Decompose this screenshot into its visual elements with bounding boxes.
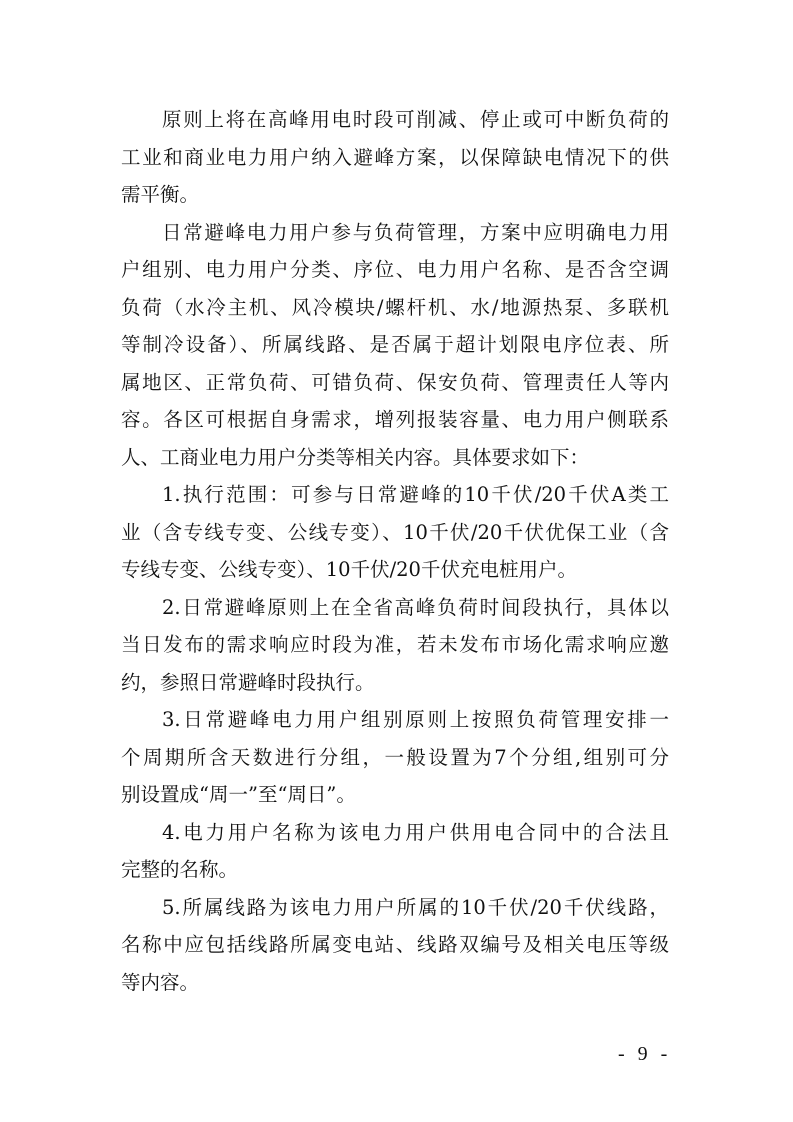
text-line: 个周期所含天数进行分组，一般设置为7个分组,组别可分 (121, 739, 669, 777)
text-line: 属地区、正常负荷、可错负荷、保安负荷、管理责任人等内 (121, 364, 669, 402)
text-line: 等内容。 (121, 964, 669, 1002)
text-line: 负荷（水冷主机、风冷模块/螺杆机、水/地源热泵、多联机 (121, 289, 669, 327)
text-line: 需平衡。 (121, 176, 669, 214)
text-line: 日常避峰电力用户参与负荷管理，方案中应明确电力用 (121, 214, 669, 252)
text-line: 户组别、电力用户分类、序位、电力用户名称、是否含空调 (121, 251, 669, 289)
list-item-1-scope: 1.执行范围：可参与日常避峰的10千伏/20千伏A类工 业（含专线专变、公线专变… (121, 476, 669, 589)
text-line: 名称中应包括线路所属变电站、线路双编号及相关电压等级 (121, 926, 669, 964)
text-line: 4.电力用户名称为该电力用户供用电合同中的合法且 (121, 814, 669, 852)
text-line: 完整的名称。 (121, 851, 669, 889)
text-line: 原则上将在高峰用电时段可削减、停止或可中断负荷的 (121, 101, 669, 139)
text-line: 业（含专线专变、公线专变）、10千伏/20千伏优保工业（含 (121, 514, 669, 552)
paragraph-requirements: 日常避峰电力用户参与负荷管理，方案中应明确电力用 户组别、电力用户分类、序位、电… (121, 214, 669, 477)
list-item-4-user-name: 4.电力用户名称为该电力用户供用电合同中的合法且 完整的名称。 (121, 814, 669, 889)
list-item-5-line: 5.所属线路为该电力用户所属的10千伏/20千伏线路， 名称中应包括线路所属变电… (121, 889, 669, 1002)
text-line: 人、工商业电力用户分类等相关内容。具体要求如下： (121, 439, 669, 477)
text-line: 容。各区可根据自身需求，增列报装容量、电力用户侧联系 (121, 401, 669, 439)
text-line: 别设置成“周一”至“周日”。 (121, 776, 669, 814)
list-item-3-grouping: 3.日常避峰电力用户组别原则上按照负荷管理安排一 个周期所含天数进行分组，一般设… (121, 701, 669, 814)
text-line: 工业和商业电力用户纳入避峰方案，以保障缺电情况下的供 (121, 139, 669, 177)
text-line: 1.执行范围：可参与日常避峰的10千伏/20千伏A类工 (121, 476, 669, 514)
text-line: 专线专变、公线专变）、10千伏/20千伏充电桩用户。 (121, 551, 669, 589)
text-line: 2.日常避峰原则上在全省高峰负荷时间段执行，具体以 (121, 589, 669, 627)
document-page: 原则上将在高峰用电时段可削减、停止或可中断负荷的 工业和商业电力用户纳入避峰方案… (0, 0, 793, 1122)
text-line: 3.日常避峰电力用户组别原则上按照负荷管理安排一 (121, 701, 669, 739)
text-line: 等制冷设备）、所属线路、是否属于超计划限电序位表、所 (121, 326, 669, 364)
text-line: 当日发布的需求响应时段为准，若未发布市场化需求响应邀 (121, 626, 669, 664)
text-line: 5.所属线路为该电力用户所属的10千伏/20千伏线路， (121, 889, 669, 927)
paragraph-intro: 原则上将在高峰用电时段可削减、停止或可中断负荷的 工业和商业电力用户纳入避峰方案… (121, 101, 669, 214)
document-body: 原则上将在高峰用电时段可削减、停止或可中断负荷的 工业和商业电力用户纳入避峰方案… (121, 101, 669, 1001)
text-line: 约，参照日常避峰时段执行。 (121, 664, 669, 702)
page-number: - 9 - (618, 1043, 671, 1066)
list-item-2-timing: 2.日常避峰原则上在全省高峰负荷时间段执行，具体以 当日发布的需求响应时段为准，… (121, 589, 669, 702)
